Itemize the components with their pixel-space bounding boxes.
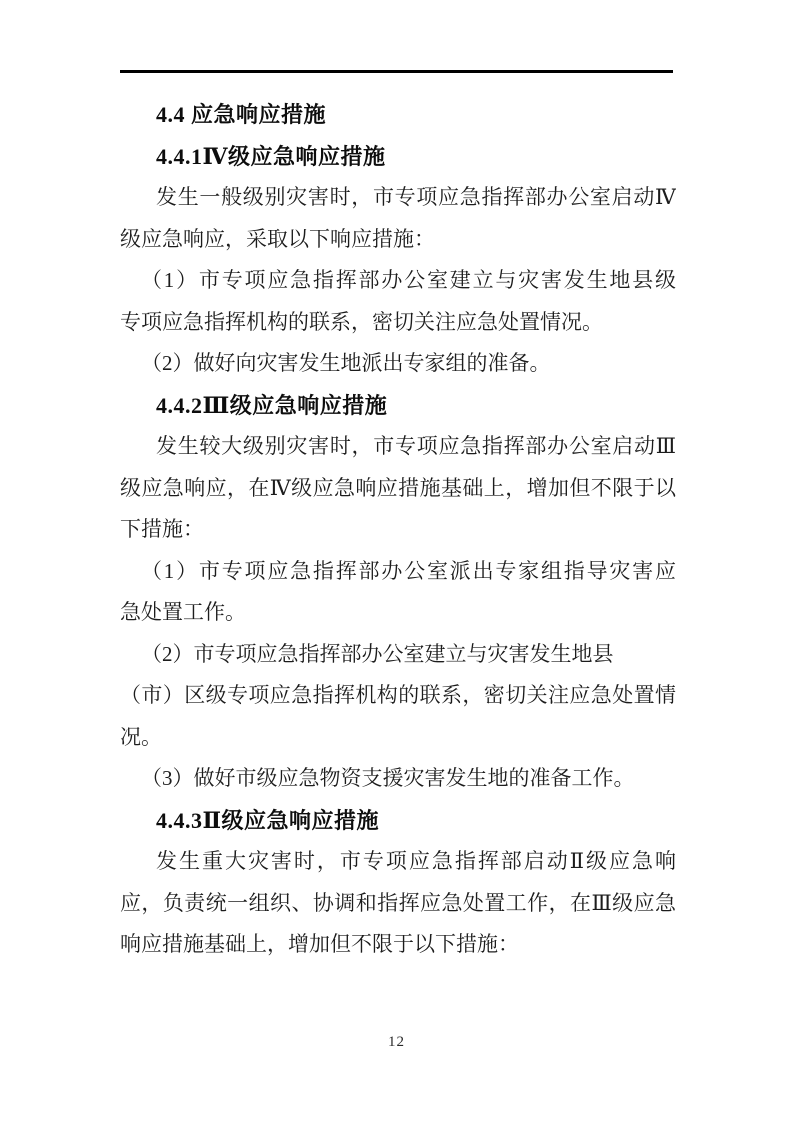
text-line: 况。 (120, 717, 676, 759)
text-line: （市）区级专项应急指挥机构的联系，密切关注应急处置情 (120, 675, 676, 717)
text-line: 级应急响应，在Ⅳ级应急响应措施基础上，增加但不限于以 (120, 468, 676, 510)
section-heading: 4.4.2Ⅲ级应急响应措施 (120, 385, 676, 427)
paragraph: （2）做好向灾害发生地派出专家组的准备。 (120, 343, 676, 385)
heading-line: 4.4 应急响应措施 (120, 94, 676, 136)
heading-line: 4.4.1Ⅳ级应急响应措施 (120, 136, 676, 178)
section-heading: 4.4 应急响应措施 (120, 94, 676, 136)
text-line: 专项应急指挥机构的联系，密切关注应急处置情况。 (120, 302, 676, 344)
text-line: 发生重大灾害时，市专项应急指挥部启动Ⅱ级应急响 (120, 841, 676, 883)
heading-line: 4.4.3Ⅱ级应急响应措施 (120, 800, 676, 842)
page-header-rule (120, 70, 673, 73)
text-line: （2）市专项应急指挥部办公室建立与灾害发生地县 (120, 634, 676, 676)
text-line: （1）市专项应急指挥部办公室派出专家组指导灾害应 (120, 551, 676, 593)
paragraph: （2）市专项应急指挥部办公室建立与灾害发生地县（市）区级专项应急指挥机构的联系，… (120, 634, 676, 759)
text-line: 急处置工作。 (120, 592, 676, 634)
section-heading: 4.4.1Ⅳ级应急响应措施 (120, 136, 676, 178)
text-line: 下措施： (120, 509, 676, 551)
text-line: 发生一般级别灾害时，市专项应急指挥部办公室启动Ⅳ (120, 177, 676, 219)
page-footer: 12 (0, 1033, 793, 1051)
paragraph: 发生重大灾害时，市专项应急指挥部启动Ⅱ级应急响应，负责统一组织、协调和指挥应急处… (120, 841, 676, 966)
text-line: 响应措施基础上，增加但不限于以下措施： (120, 924, 676, 966)
paragraph: （1）市专项应急指挥部办公室建立与灾害发生地县级专项应急指挥机构的联系，密切关注… (120, 260, 676, 343)
heading-line: 4.4.2Ⅲ级应急响应措施 (120, 385, 676, 427)
text-line: （1）市专项应急指挥部办公室建立与灾害发生地县级 (120, 260, 676, 302)
paragraph: 发生一般级别灾害时，市专项应急指挥部办公室启动Ⅳ级应急响应，采取以下响应措施： (120, 177, 676, 260)
text-line: （3）做好市级应急物资支援灾害发生地的准备工作。 (120, 758, 676, 800)
document-page: 4.4 应急响应措施4.4.1Ⅳ级应急响应措施发生一般级别灾害时，市专项应急指挥… (0, 0, 793, 1122)
paragraph: （3）做好市级应急物资支援灾害发生地的准备工作。 (120, 758, 676, 800)
document-body: 4.4 应急响应措施4.4.1Ⅳ级应急响应措施发生一般级别灾害时，市专项应急指挥… (120, 94, 676, 966)
text-line: （2）做好向灾害发生地派出专家组的准备。 (120, 343, 676, 385)
page-number: 12 (388, 1034, 405, 1050)
text-line: 应，负责统一组织、协调和指挥应急处置工作，在Ⅲ级应急 (120, 883, 676, 925)
text-line: 级应急响应，采取以下响应措施： (120, 219, 676, 261)
paragraph: （1）市专项应急指挥部办公室派出专家组指导灾害应急处置工作。 (120, 551, 676, 634)
paragraph: 发生较大级别灾害时，市专项应急指挥部办公室启动Ⅲ级应急响应，在Ⅳ级应急响应措施基… (120, 426, 676, 551)
section-heading: 4.4.3Ⅱ级应急响应措施 (120, 800, 676, 842)
text-line: 发生较大级别灾害时，市专项应急指挥部办公室启动Ⅲ (120, 426, 676, 468)
